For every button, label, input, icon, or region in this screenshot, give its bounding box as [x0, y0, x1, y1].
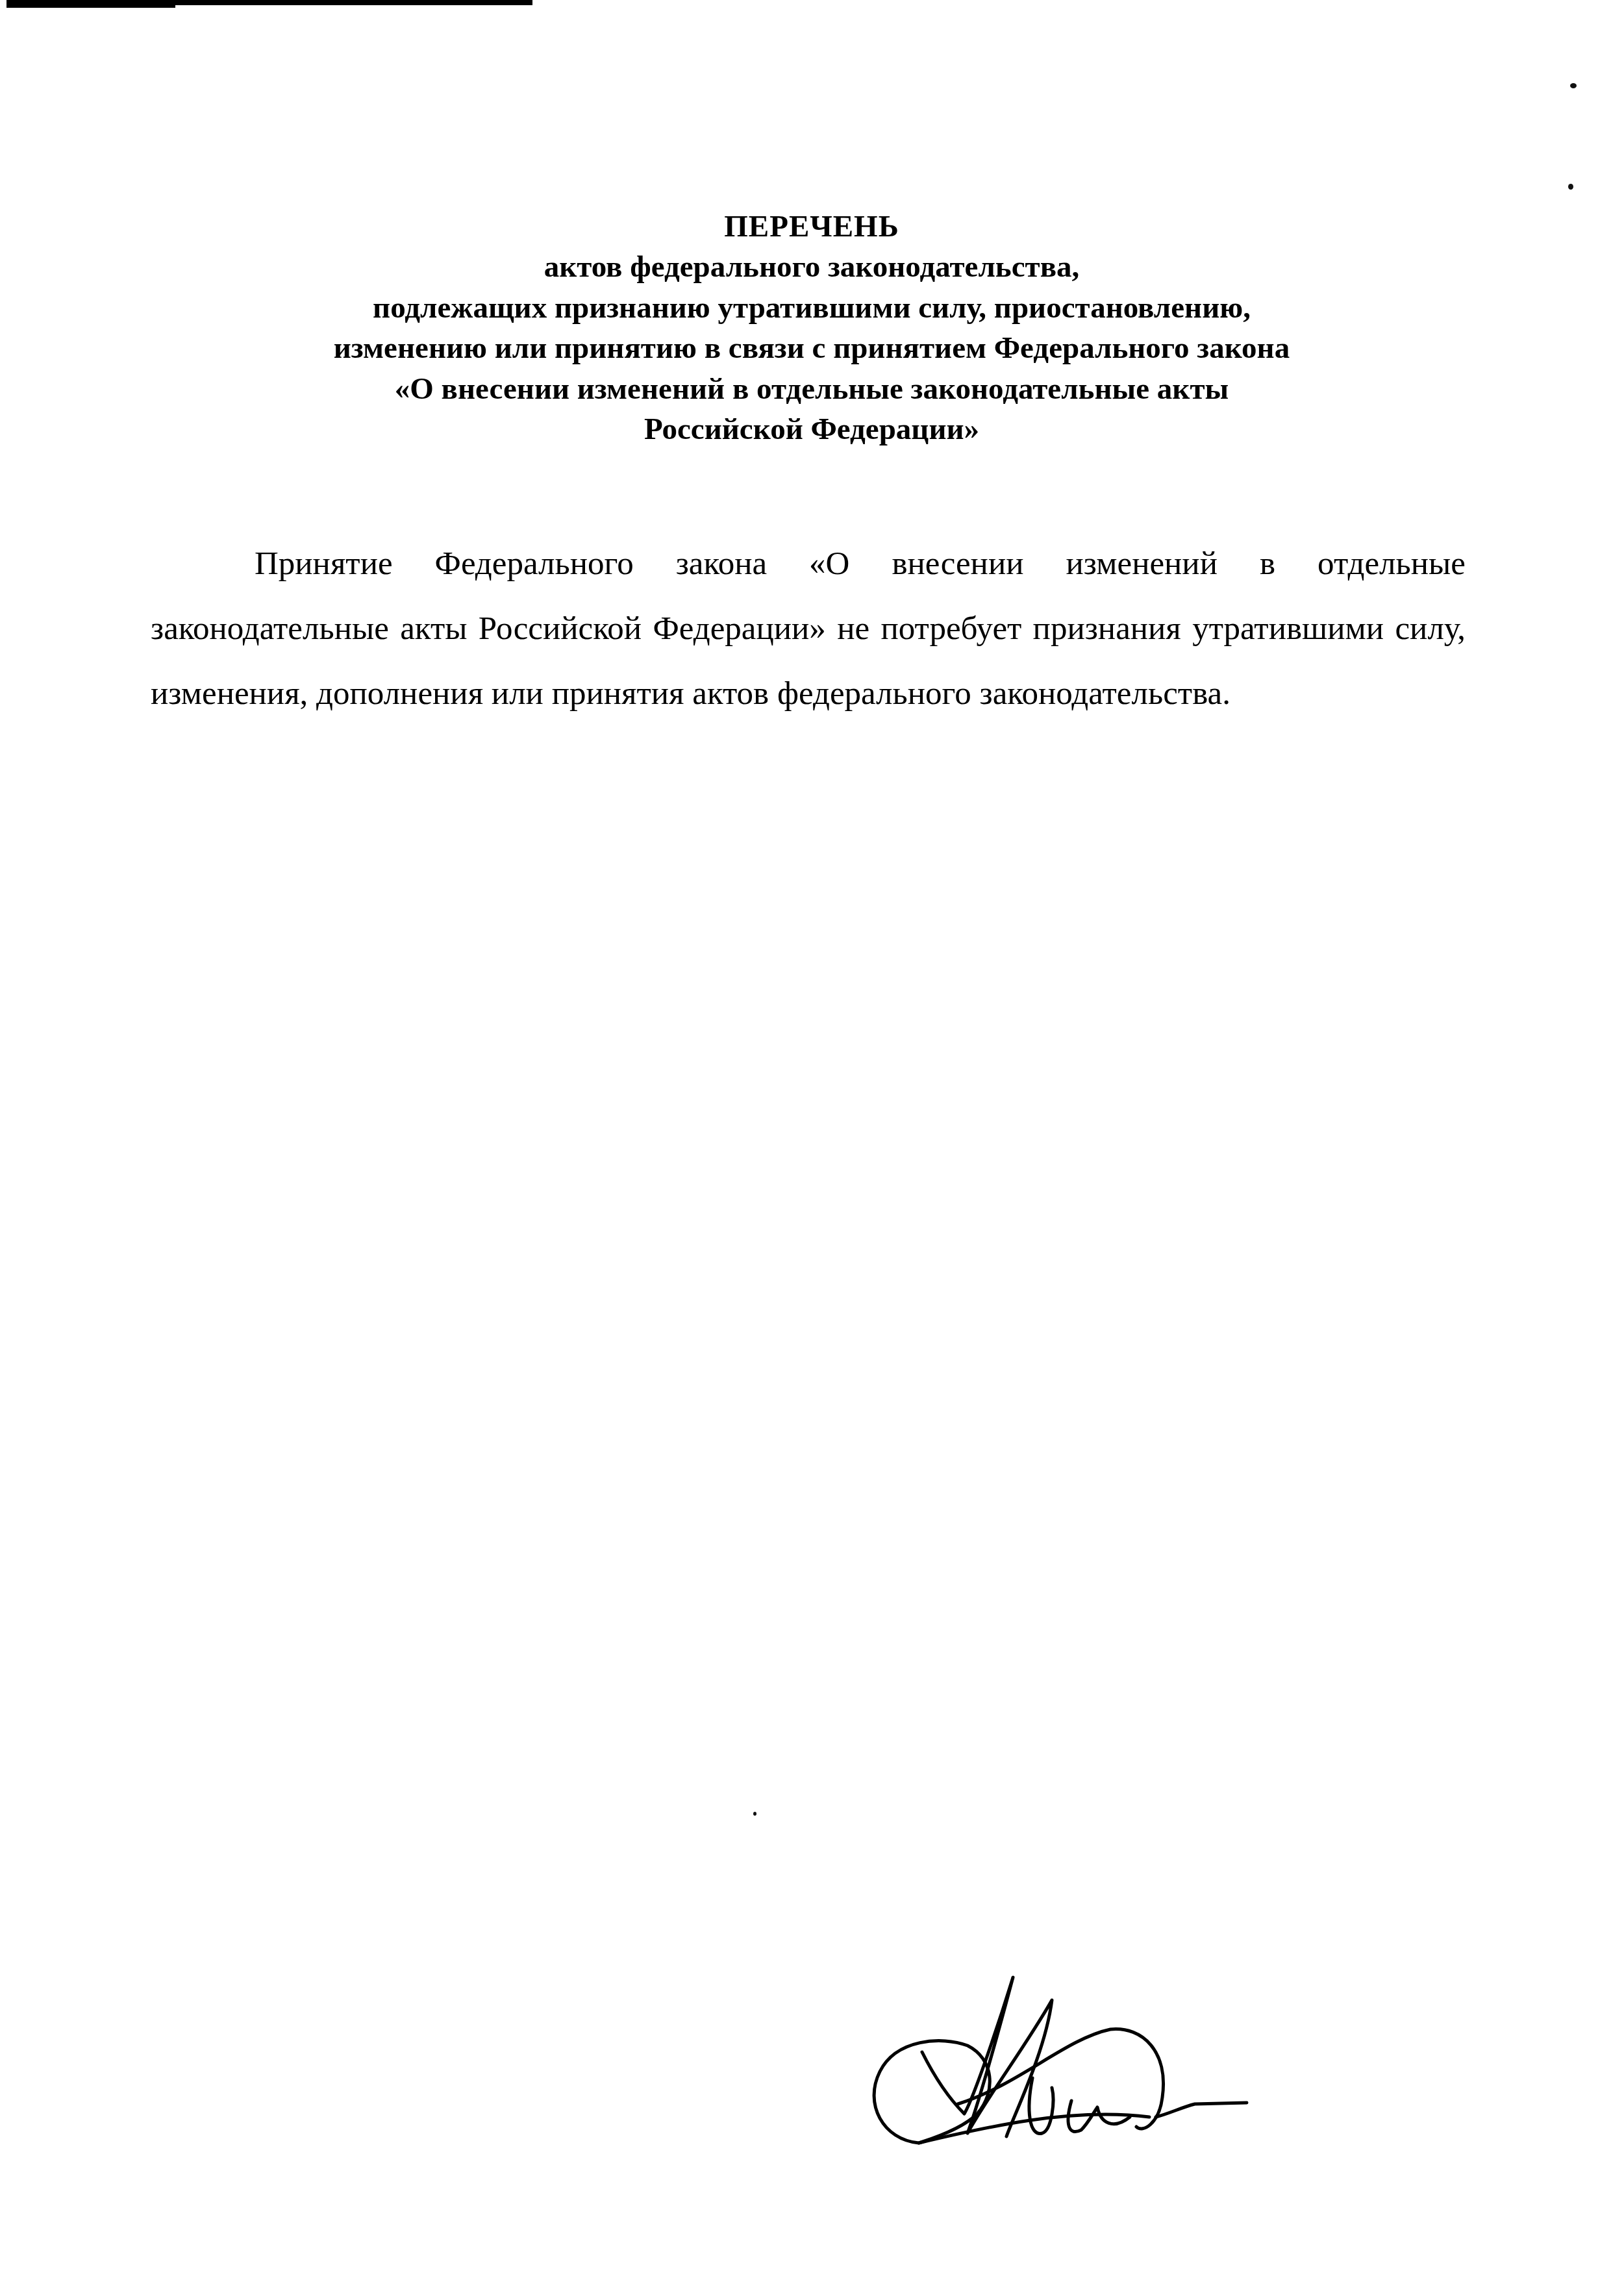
scan-speck — [1570, 83, 1577, 88]
subtitle-line: «О внесении изменений в отдельные законо… — [195, 369, 1429, 410]
scan-artifact-bar — [6, 5, 175, 8]
subtitle-line: изменению или принятию в связи с приняти… — [195, 328, 1429, 369]
scan-speck — [753, 1812, 756, 1816]
subtitle-line: актов федерального законодательства, — [195, 247, 1429, 288]
body-paragraph: Принятие Федерального закона «О внесении… — [151, 531, 1466, 726]
scan-artifact-bar — [6, 0, 532, 5]
signature-icon — [857, 1968, 1299, 2182]
document-heading: ПЕРЕЧЕНЬ актов федерального законодатель… — [195, 207, 1429, 450]
subtitle-line: Российской Федерации» — [195, 409, 1429, 450]
document-title: ПЕРЕЧЕНЬ — [195, 207, 1429, 247]
subtitle-line: подлежащих признанию утратившими силу, п… — [195, 288, 1429, 329]
scan-speck — [1568, 184, 1573, 190]
